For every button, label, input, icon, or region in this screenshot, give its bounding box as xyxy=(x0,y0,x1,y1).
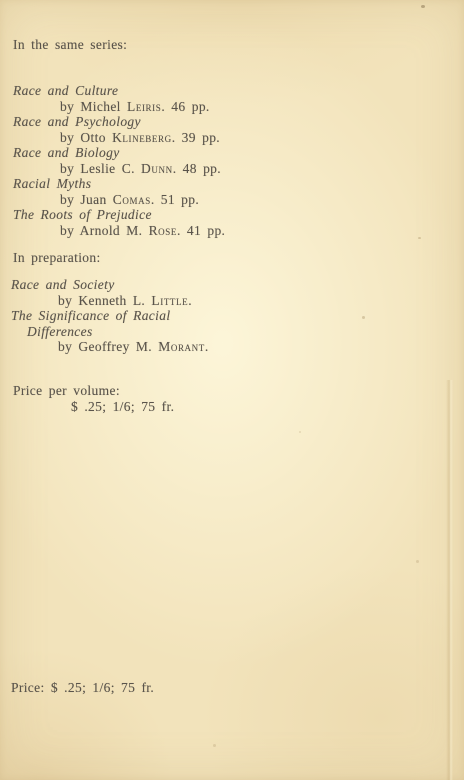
book-byline: by Juan Comas. 51 pp. xyxy=(13,192,444,208)
price-label: Price per volume: xyxy=(13,383,174,399)
byline-pages: . 46 pp. xyxy=(161,99,209,114)
series-entry: The Roots of Prejudice by Arnold M. Rose… xyxy=(13,207,444,238)
byline-end: . xyxy=(205,339,209,354)
byline-text: by Juan xyxy=(60,192,113,207)
preparation-section-header: In preparation: xyxy=(13,250,101,266)
book-title: Race and Culture xyxy=(13,83,444,99)
book-title-continued: Differences xyxy=(11,324,444,340)
book-title: Racial Myths xyxy=(13,176,444,192)
book-title: The Significance of Racial xyxy=(11,308,444,324)
series-list: Race and Culture by Michel Leiris. 46 pp… xyxy=(13,83,444,238)
price-value: $ .25; 1/6; 75 fr. xyxy=(13,399,174,415)
series-entry: Race and Psychology by Otto Klineberg. 3… xyxy=(13,114,444,145)
page-crease xyxy=(446,380,453,780)
paper-speck xyxy=(421,5,425,8)
series-section-header: In the same series: xyxy=(13,37,127,53)
price-block: Price per volume: $ .25; 1/6; 75 fr. xyxy=(13,383,174,414)
byline-pages: . 41 pp. xyxy=(177,223,225,238)
book-title: Race and Psychology xyxy=(13,114,444,130)
author-surname: Little xyxy=(151,293,188,308)
book-byline: by Michel Leiris. 46 pp. xyxy=(13,99,444,115)
byline-end: . xyxy=(188,293,192,308)
author-surname: Morant xyxy=(158,339,205,354)
preparation-list: Race and Society by Kenneth L. Little. T… xyxy=(11,277,444,355)
preparation-entry: Race and Society by Kenneth L. Little. xyxy=(11,277,444,308)
byline-pages: . 51 pp. xyxy=(151,192,199,207)
preparation-entry: The Significance of Racial Differences b… xyxy=(11,308,444,355)
book-title: Race and Biology xyxy=(13,145,444,161)
byline-text: by Geoffrey M. xyxy=(58,339,158,354)
author-surname: Comas xyxy=(113,192,151,207)
author-surname: Dunn xyxy=(141,161,173,176)
byline-pages: . 48 pp. xyxy=(173,161,221,176)
book-byline: by Leslie C. Dunn. 48 pp. xyxy=(13,161,444,177)
series-entry: Race and Biology by Leslie C. Dunn. 48 p… xyxy=(13,145,444,176)
footer-price: Price: $ .25; 1/6; 75 fr. xyxy=(11,680,154,696)
book-byline: by Kenneth L. Little. xyxy=(11,293,444,309)
paper-speck xyxy=(299,431,301,433)
byline-text: by Otto xyxy=(60,130,112,145)
author-surname: Klineberg xyxy=(112,130,172,145)
author-surname: Leiris xyxy=(127,99,161,114)
book-byline: by Otto Klineberg. 39 pp. xyxy=(13,130,444,146)
byline-text: by Leslie C. xyxy=(60,161,141,176)
byline-pages: . 39 pp. xyxy=(172,130,220,145)
author-surname: Rose xyxy=(149,223,177,238)
series-entry: Racial Myths by Juan Comas. 51 pp. xyxy=(13,176,444,207)
paper-speck xyxy=(213,744,216,747)
book-title: The Roots of Prejudice xyxy=(13,207,444,223)
book-byline: by Arnold M. Rose. 41 pp. xyxy=(13,223,444,239)
byline-text: by Michel xyxy=(60,99,127,114)
byline-text: by Kenneth L. xyxy=(58,293,151,308)
scanned-book-page: In the same series: Race and Culture by … xyxy=(0,0,464,780)
paper-speck xyxy=(416,560,419,563)
book-byline: by Geoffrey M. Morant. xyxy=(11,339,444,355)
series-entry: Race and Culture by Michel Leiris. 46 pp… xyxy=(13,83,444,114)
byline-text: by Arnold M. xyxy=(60,223,149,238)
book-title: Race and Society xyxy=(11,277,444,293)
